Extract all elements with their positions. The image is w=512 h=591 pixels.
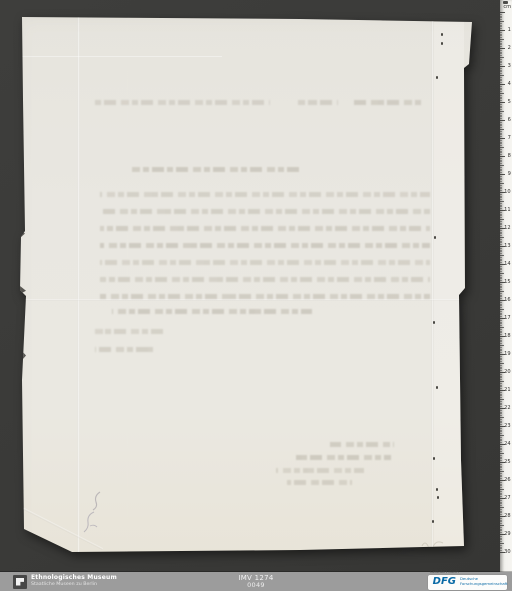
institution-text: Ethnologisches Museum Staatliche Museen … [31,575,117,587]
scan-page-number: 0049 [238,582,273,589]
right-strip-shading [434,22,464,546]
cm-ruler: cm 1234567891011121314151617181920212223… [500,0,512,573]
document-paper [0,0,512,591]
dfg-logo: DFG Deutsche Forschungsgemeinschaft [428,575,507,590]
vertical-fold-crease [77,17,80,552]
museum-logo-icon [13,575,27,589]
scan-viewer-page: cm 1234567891011121314151617181920212223… [0,0,512,591]
ruler-unit-label: cm [503,4,511,9]
torn-edge-mark [20,231,25,238]
funding-block: Gefördert durch DFG Deutsche Forschungsg… [428,569,507,590]
dfg-acronym: DFG [433,577,456,587]
institution-block: Ethnologisches Museum Staatliche Museen … [13,575,117,589]
torn-edge-mark [22,351,26,360]
pencil-inscription [80,488,110,536]
paper-sheet-wrapper [0,0,512,591]
institution-subtitle: Staatliche Museen zu Berlin [31,582,113,587]
museum-logo-glyph [16,578,24,586]
shelfmark-block: IMV 1274 0049 [238,574,273,590]
funding-label: Gefördert durch [430,570,459,575]
horizontal-crease [20,299,460,301]
footer-bar: Ethnologisches Museum Staatliche Museen … [0,572,512,591]
torn-edge-mark [20,286,26,294]
horizontal-crease-top [22,56,222,57]
pencil-smudge [420,538,446,550]
vertical-crease-right [431,20,434,548]
dfg-full-name: Deutsche Forschungsgemeinschaft [460,578,500,587]
